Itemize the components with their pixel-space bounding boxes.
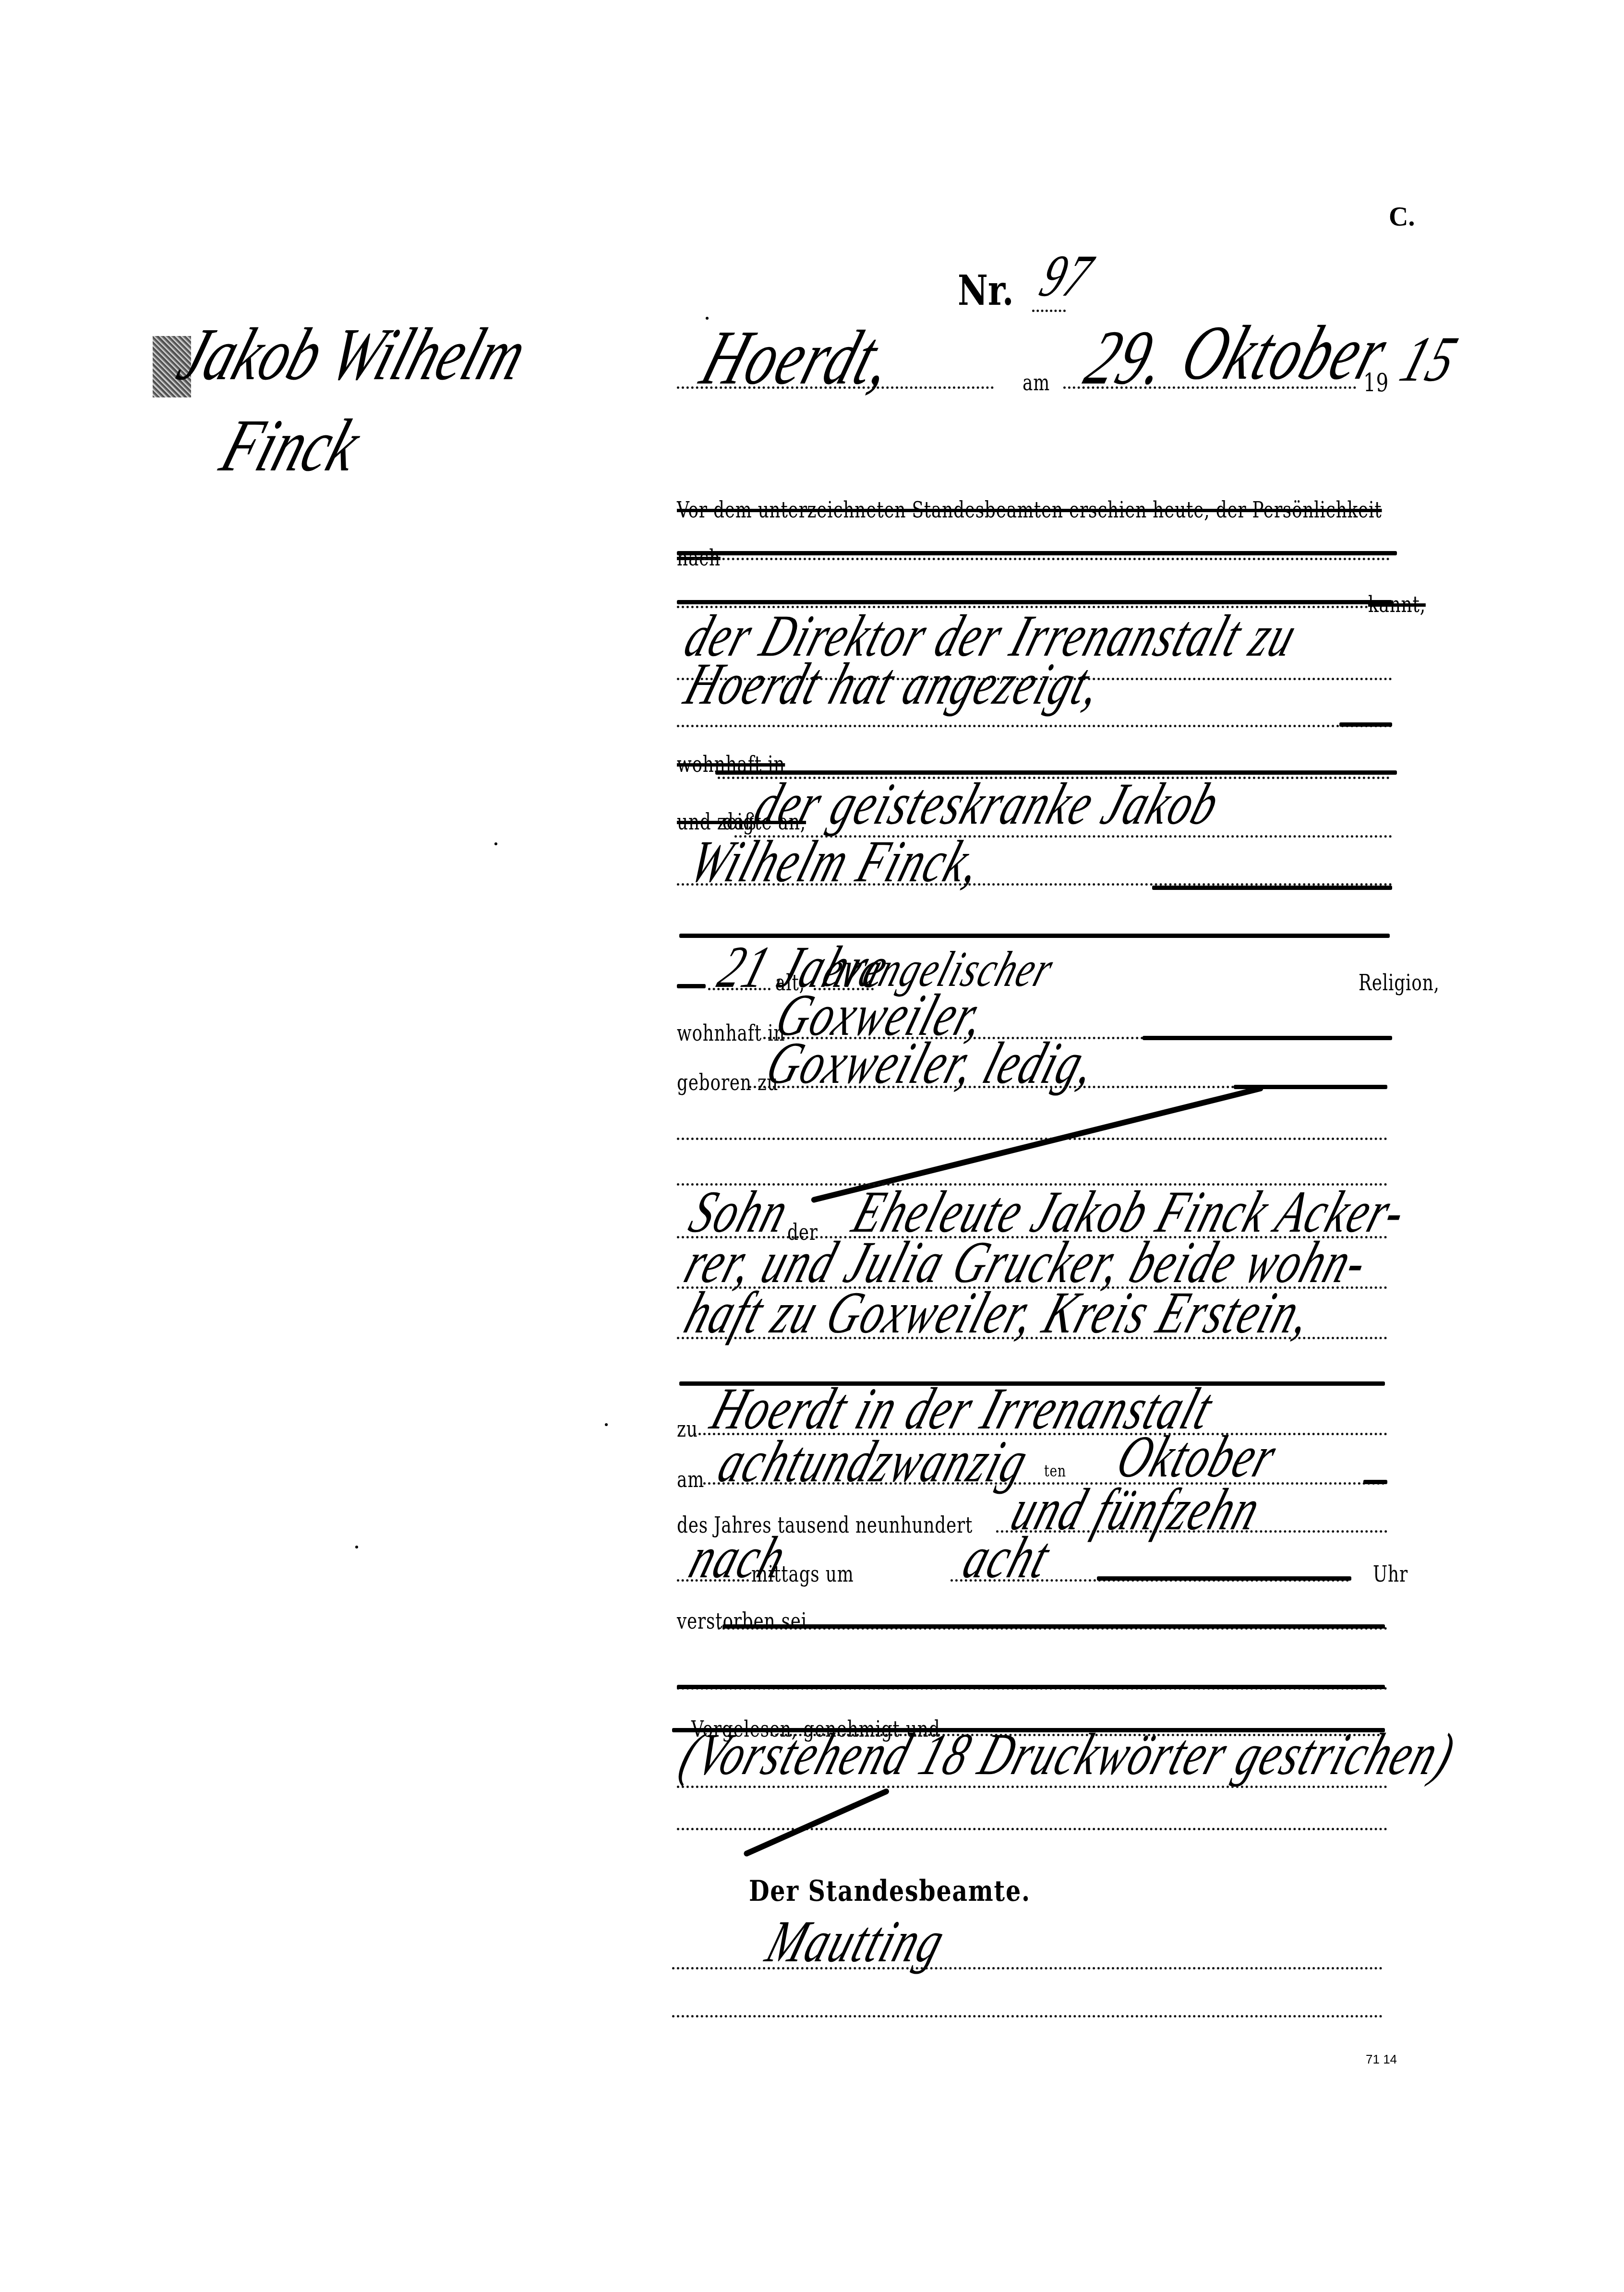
fill-line — [722, 1624, 1385, 1629]
religion-label: Religion, — [1359, 970, 1440, 996]
year-prefix: 19 — [1363, 369, 1389, 397]
record-number-label: Nr. — [958, 266, 1014, 315]
form-number: 71 14 — [1366, 2052, 1397, 2067]
verstorben-label: verstorben sei. — [677, 1608, 813, 1634]
registry-day: 29. — [1075, 313, 1181, 402]
uhr-label: Uhr — [1373, 1561, 1408, 1587]
fill-line — [677, 1685, 1385, 1689]
strike-line — [677, 551, 1397, 555]
death-place-label: zu — [677, 1416, 698, 1442]
registrar-title: Der Standesbeamte. — [749, 1874, 1031, 1908]
cancel-stroke — [743, 1788, 890, 1857]
registry-place: Hoerdt, — [691, 313, 906, 402]
dotline — [677, 725, 1392, 727]
margin-name-line1: Jakob Wilhelm — [168, 312, 537, 397]
fill-line — [1097, 1576, 1351, 1581]
deletion-note: (Vorstehend 18 Druckwörter gestrichen) — [672, 1720, 1464, 1788]
margin-name-line2: Finck — [211, 403, 370, 489]
mittags-label: mittags um — [751, 1561, 854, 1587]
dotline — [672, 1967, 1383, 1969]
struck-intro-line1: Vor dem unterzeichneten Standesbeamten e… — [677, 497, 1382, 523]
scan-speck — [605, 1423, 608, 1426]
death-date-am-label: am — [677, 1466, 704, 1492]
register-series-label: C. — [1389, 202, 1415, 232]
fill-line — [677, 984, 706, 988]
dotline — [677, 1138, 1387, 1140]
dotline — [677, 1786, 1387, 1788]
scan-speck — [494, 842, 497, 845]
fill-line — [1339, 722, 1392, 727]
year-suffix: 15 — [1392, 322, 1467, 396]
am-label: am — [1023, 370, 1050, 396]
struck-kannt-label: kannt, — [1368, 591, 1426, 617]
residence-label: wohnhaft in — [677, 1020, 785, 1046]
dotline — [677, 1579, 749, 1582]
informant-line2: Hoerdt hat angezeigt, — [677, 649, 1112, 718]
registrar-signature: Mautting — [758, 1907, 954, 1976]
fill-line — [1152, 886, 1392, 890]
dotline — [677, 1828, 1387, 1830]
dotline — [708, 988, 770, 990]
dotline — [672, 2015, 1383, 2017]
fill-line — [1143, 1036, 1392, 1040]
scan-speck — [706, 317, 709, 320]
scan-speck — [355, 1546, 358, 1548]
fill-line — [1363, 1480, 1387, 1484]
nr-dotline — [1032, 310, 1066, 312]
dotline — [694, 558, 1390, 560]
death-day-words: achtundzwanzig — [710, 1427, 1037, 1496]
record-number-value: 97 — [1032, 241, 1101, 310]
dotline — [677, 1337, 1387, 1339]
